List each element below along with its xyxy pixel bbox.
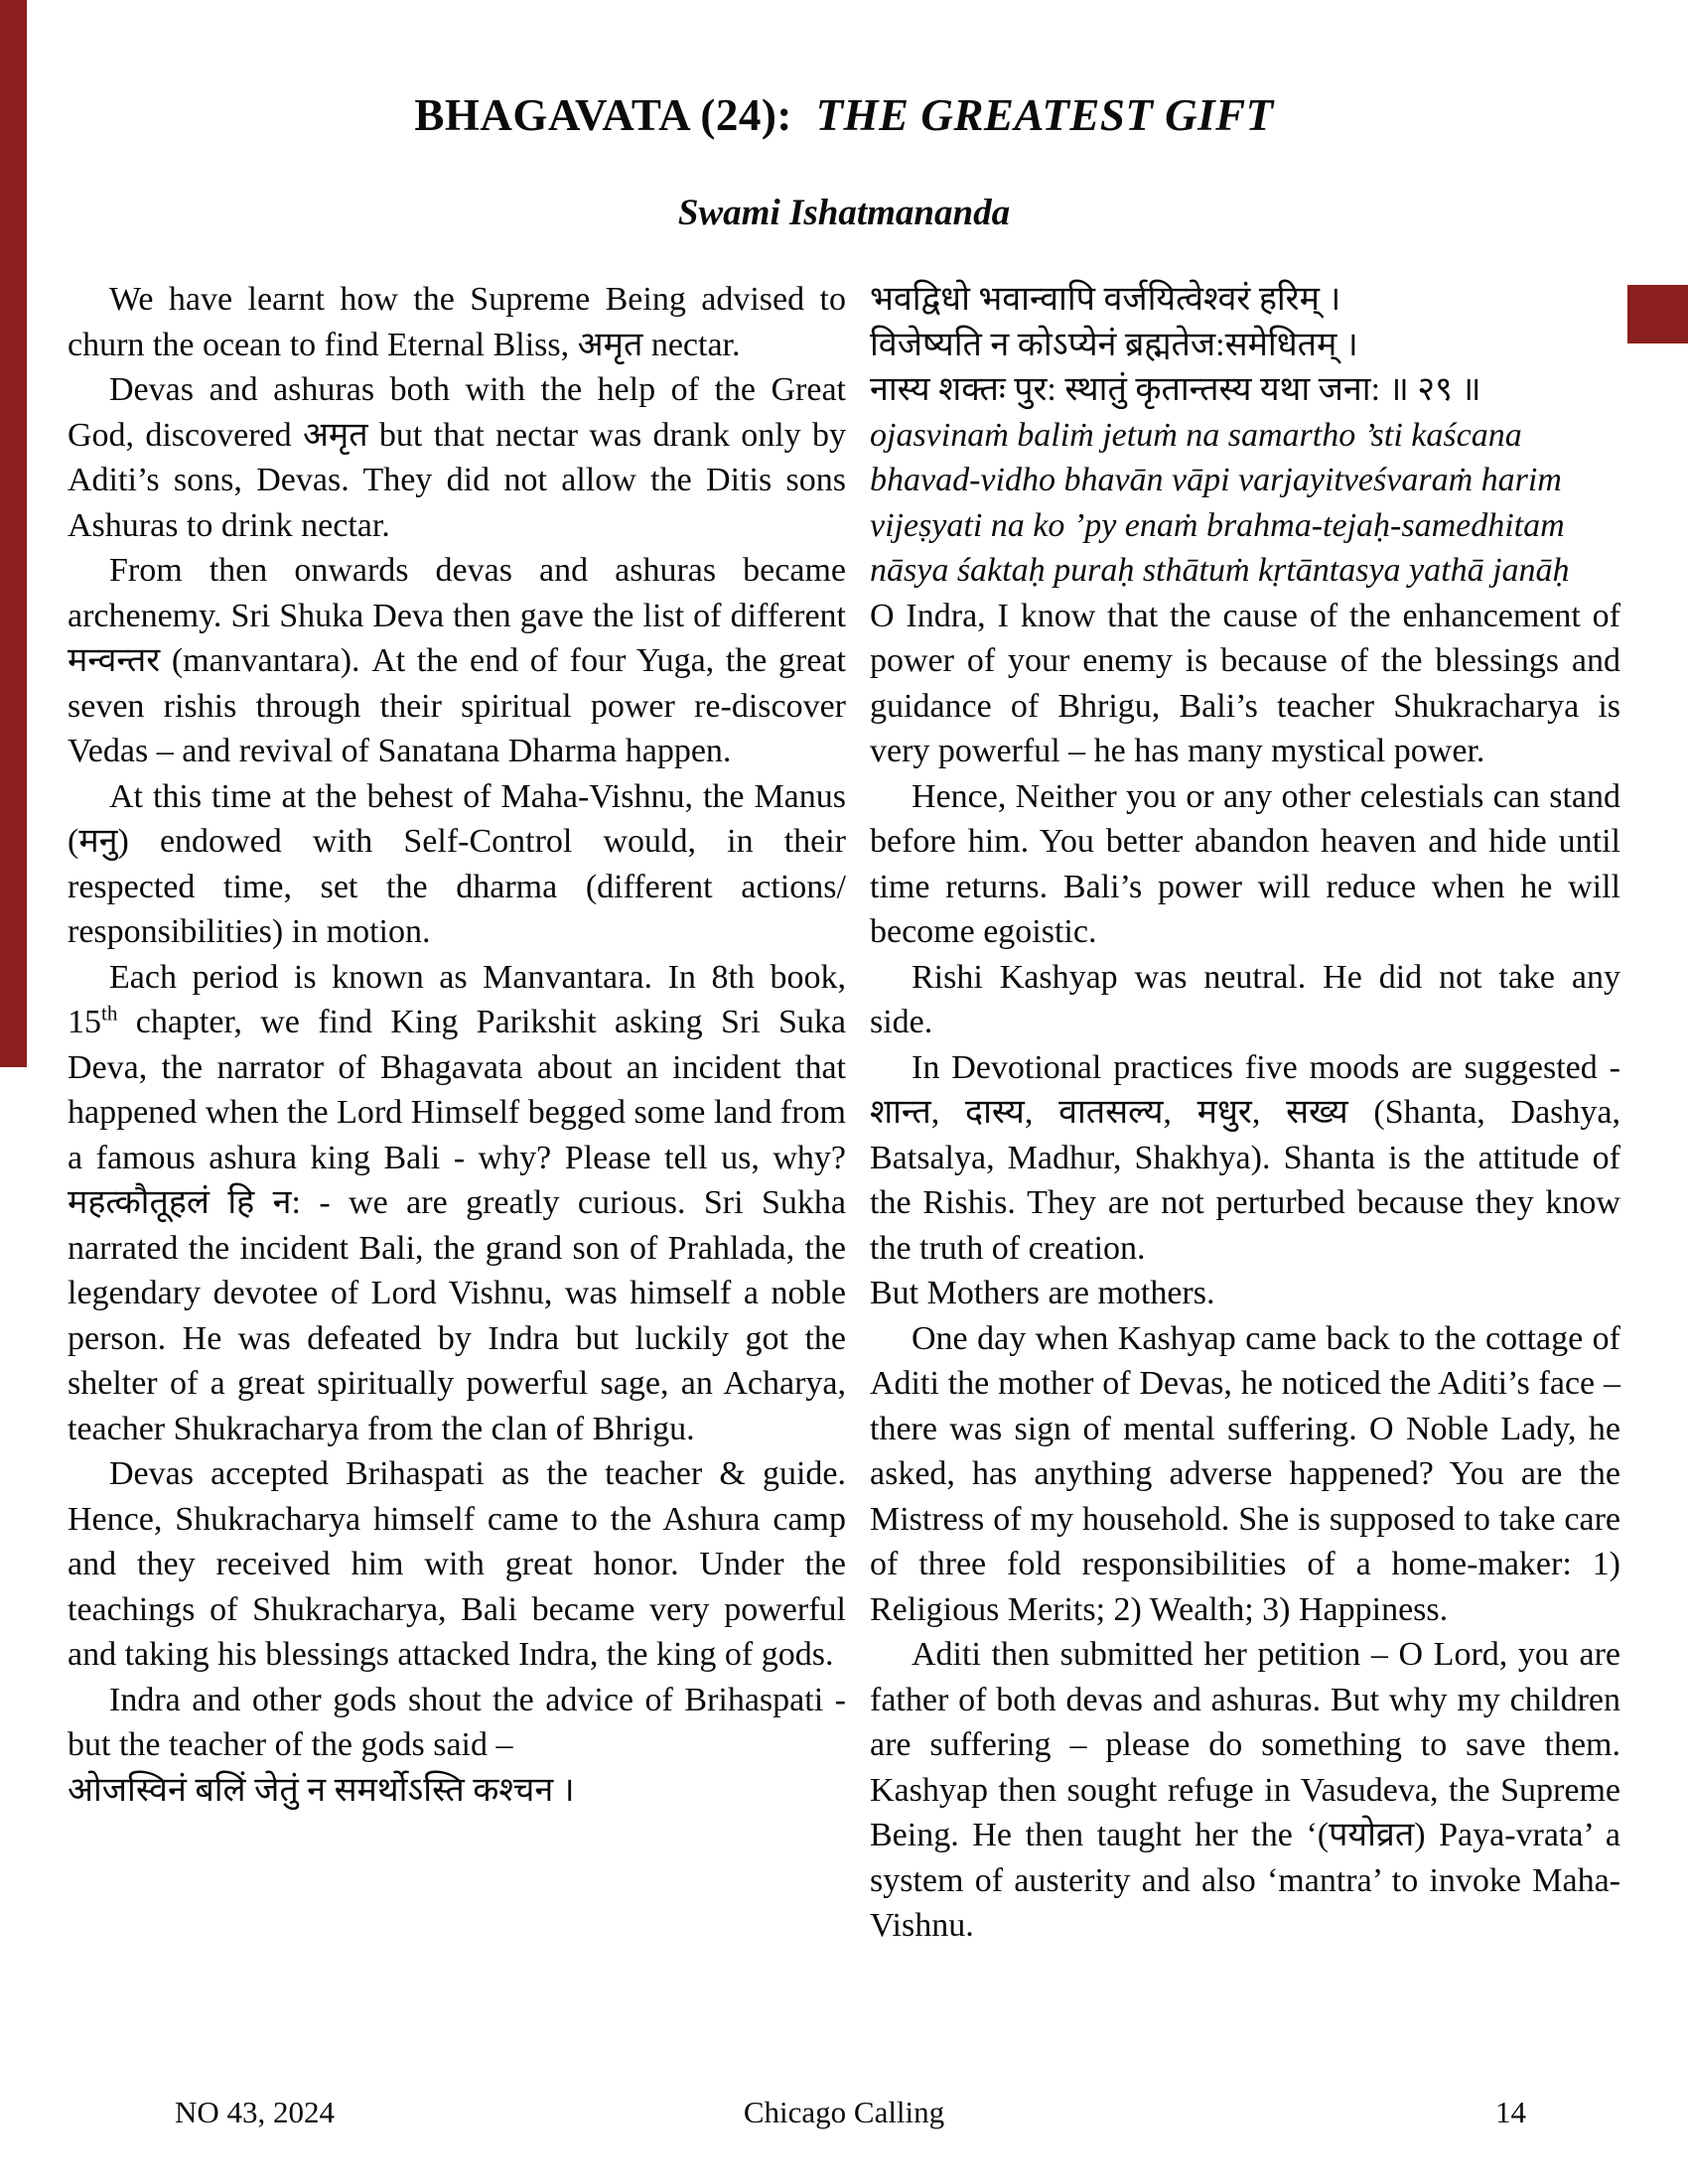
paragraph: Devas accepted Brihaspati as the teacher… [68, 1451, 846, 1678]
paragraph: Rishi Kashyap was neutral. He did not ta… [870, 955, 1620, 1045]
footer-page-number: 14 [1495, 2095, 1526, 2130]
transliteration-line: vijeṣyati na ko ’py enaṁ brahma-tejaḥ-sa… [870, 503, 1620, 549]
page-footer: NO 43, 2024 Chicago Calling 14 [0, 2095, 1688, 2130]
paragraph: One day when Kashyap came back to the co… [870, 1316, 1620, 1633]
paragraph: Hence, Neither you or any other celestia… [870, 774, 1620, 955]
verse-line: नास्य शक्तः पुर: स्थातुं कृतान्तस्य यथा … [870, 367, 1620, 413]
paragraph-text: Indra and other gods shout the advice of… [68, 1682, 846, 1764]
paragraph: At this time at the behest of Maha-Vishn… [68, 774, 846, 955]
transliteration-line: ojasvinaṁ baliṁ jetuṁ na samartho ’sti k… [870, 413, 1620, 459]
paragraph: Devas and ashuras both with the help of … [68, 367, 846, 548]
paragraph: In Devotional practices five moods are s… [870, 1045, 1620, 1272]
sanskrit-verse: भवद्विधो भवान्वापि वर्जयित्वेश्वरं हरिम्… [870, 277, 1620, 413]
ordinal-superscript: th [101, 1002, 117, 1025]
article-title: BHAGAVATA (24): THE GREATEST GIFT [0, 89, 1688, 141]
right-column: भवद्विधो भवान्वापि वर्जयित्वेश्वरं हरिम्… [870, 277, 1620, 1949]
left-column: We have learnt how the Supreme Being adv… [68, 277, 846, 1813]
paragraph: But Mothers are mothers. [870, 1271, 1620, 1316]
left-margin-accent-bar [0, 0, 27, 1067]
footer-issue-number: NO 43, 2024 [175, 2095, 335, 2130]
transliteration-line: bhavad-vidho bhavān vāpi varjayitveśvara… [870, 458, 1620, 503]
verse-line: भवद्विधो भवान्वापि वर्जयित्वेश्वरं हरिम्… [870, 277, 1620, 323]
paragraph-text: chapter, we find King Parikshit asking S… [68, 1004, 846, 1447]
paragraph: We have learnt how the Supreme Being adv… [68, 277, 846, 367]
sanskrit-quote: ओजस्विनं बलिं जेतुं न समर्थोऽस्ति कश्चन … [68, 1772, 575, 1809]
document-page: BHAGAVATA (24): THE GREATEST GIFT Swami … [0, 0, 1688, 2184]
article-title-main: BHAGAVATA (24): [414, 90, 791, 140]
paragraph: Indra and other gods shout the advice of… [68, 1678, 846, 1814]
transliteration-line: nāsya śaktaḥ puraḥ sthātuṁ kṛtāntasya ya… [870, 548, 1620, 594]
paragraph: Aditi then submitted her petition – O Lo… [870, 1632, 1620, 1949]
corner-accent-square [1627, 285, 1688, 343]
author-byline: Swami Ishatmananda [0, 192, 1688, 234]
paragraph: O Indra, I know that the cause of the en… [870, 594, 1620, 774]
verse-line: विजेष्यति न कोऽप्येनं ब्रह्मतेज:समेधितम्… [870, 323, 1620, 368]
paragraph: Each period is known as Manvantara. In 8… [68, 955, 846, 1452]
article-title-subtitle: THE GREATEST GIFT [816, 90, 1274, 140]
paragraph: From then onwards devas and ashuras beca… [68, 548, 846, 774]
verse-transliteration: ojasvinaṁ baliṁ jetuṁ na samartho ’sti k… [870, 413, 1620, 594]
